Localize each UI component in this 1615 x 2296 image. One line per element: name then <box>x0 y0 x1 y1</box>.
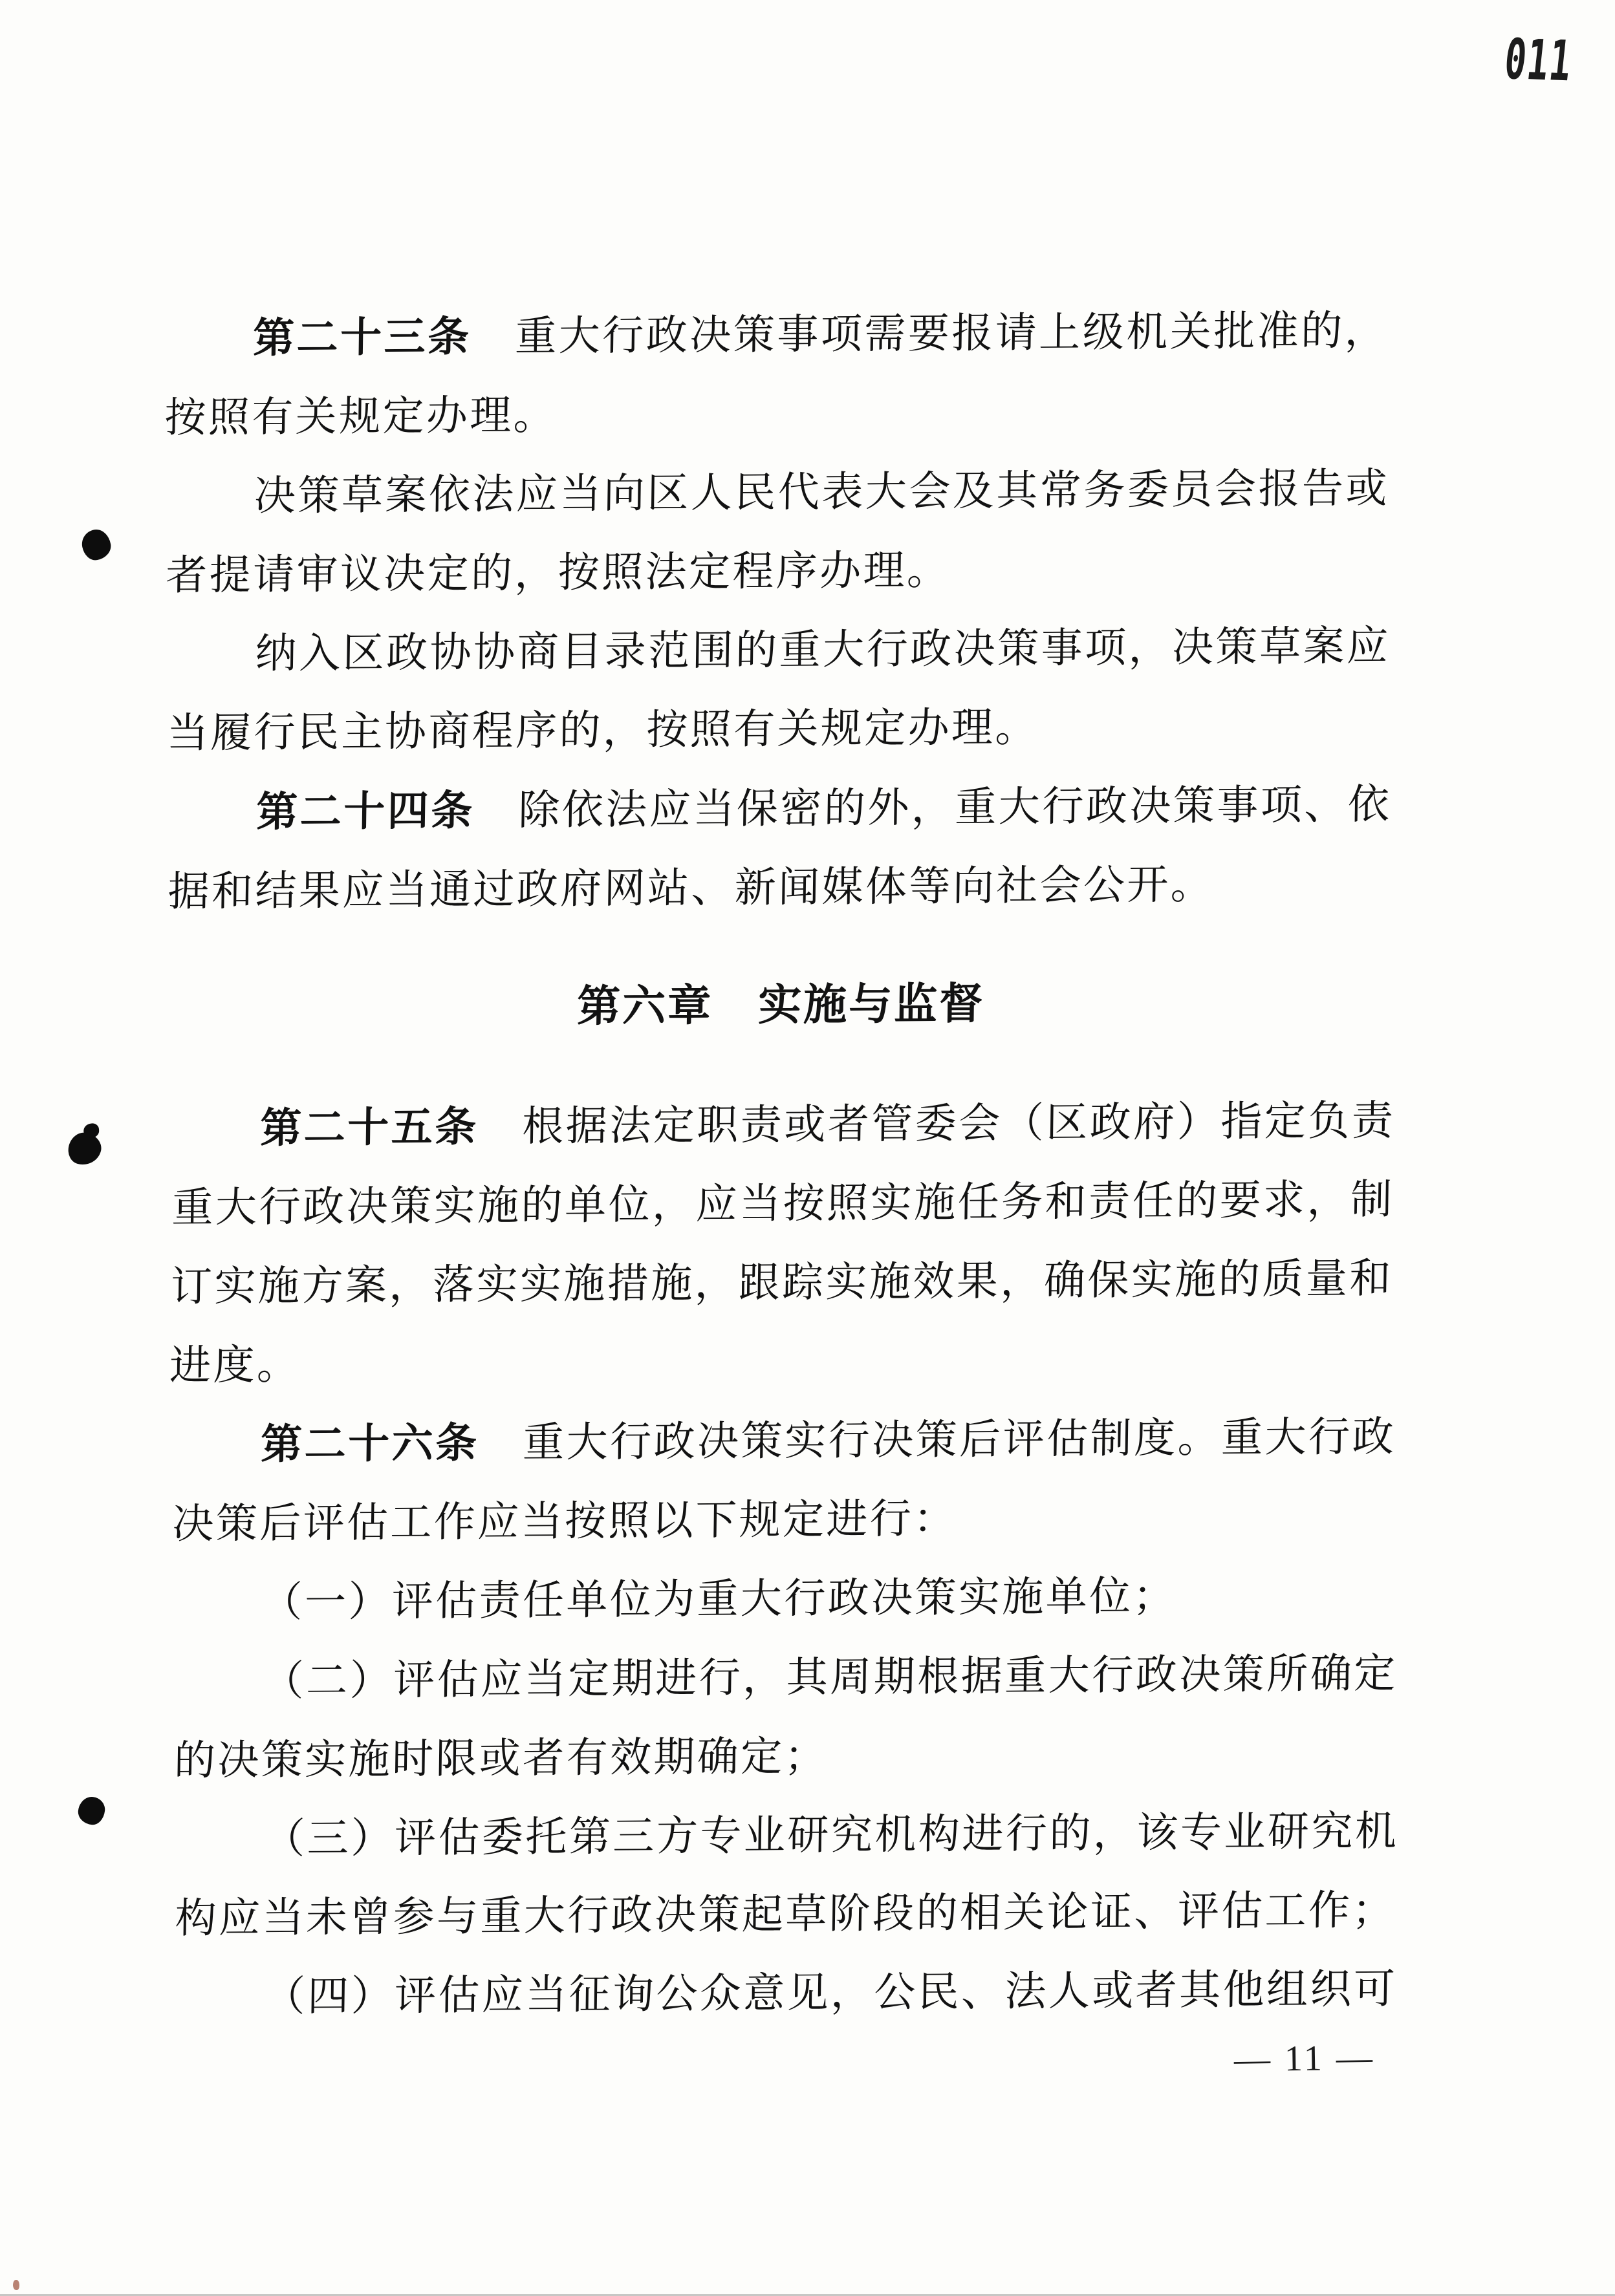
ink-blot-1 <box>80 528 113 563</box>
evaluation-item-4: （四）评估应当征询公众意见，公民、法人或者其他组织可 <box>176 1949 1400 2037</box>
scanned-document-page: 011 第二十三条 重大行政决策事项需要报请上级机关批准的，按照有关规定办理。 … <box>0 0 1615 2296</box>
article-26-paragraph: 第二十六条 重大行政决策实行决策后评估制度。重大行政决策后评估工作应当按照以下规… <box>172 1397 1396 1563</box>
document-body: 第二十三条 重大行政决策事项需要报请上级机关批准的，按照有关规定办理。 决策草案… <box>165 290 1400 2037</box>
evaluation-item-1: （一）评估责任单位为重大行政决策实施单位； <box>173 1555 1397 1642</box>
article-25-number: 第二十五条 <box>260 1103 479 1151</box>
ink-blot-2 <box>65 1130 105 1169</box>
evaluation-item-3: （三）评估委托第三方专业研究机构进行的，该专业研究机构应当未曾参与重大行政决策起… <box>175 1792 1399 1958</box>
paragraph-people-congress-report: 决策草案依法应当向区人民代表大会及其常务委员会报告或者提请审议决定的，按照法定程… <box>165 449 1389 615</box>
paragraph-cppcc-consultation: 纳入区政协协商目录范围的重大行政决策事项，决策草案应当履行民主协商程序的，按照有… <box>166 606 1391 773</box>
red-ink-speck <box>13 2280 19 2290</box>
article-24-paragraph: 第二十四条 除依法应当保密的外，重大行政决策事项、依据和结果应当通过政府网站、新… <box>168 764 1392 931</box>
evaluation-item-2: （二）评估应当定期进行，其周期根据重大行政决策所确定的决策实施时限或者有效期确定… <box>173 1634 1398 1800</box>
article-24-number: 第二十四条 <box>256 787 475 835</box>
footer-page-number: — 11 — <box>1234 2037 1376 2080</box>
chapter-6-heading: 第六章 实施与监督 <box>169 961 1393 1049</box>
article-26-number: 第二十六条 <box>261 1419 480 1467</box>
article-25-paragraph: 第二十五条 根据法定职责或者管委会（区政府）指定负责重大行政决策实施的单位，应当… <box>169 1080 1396 1405</box>
article-23-number: 第二十三条 <box>253 313 472 361</box>
page-stamp-number: 011 <box>1502 27 1576 94</box>
ink-blot-3 <box>77 1796 106 1826</box>
article-23-paragraph: 第二十三条 重大行政决策事项需要报请上级机关批准的，按照有关规定办理。 <box>164 290 1389 457</box>
